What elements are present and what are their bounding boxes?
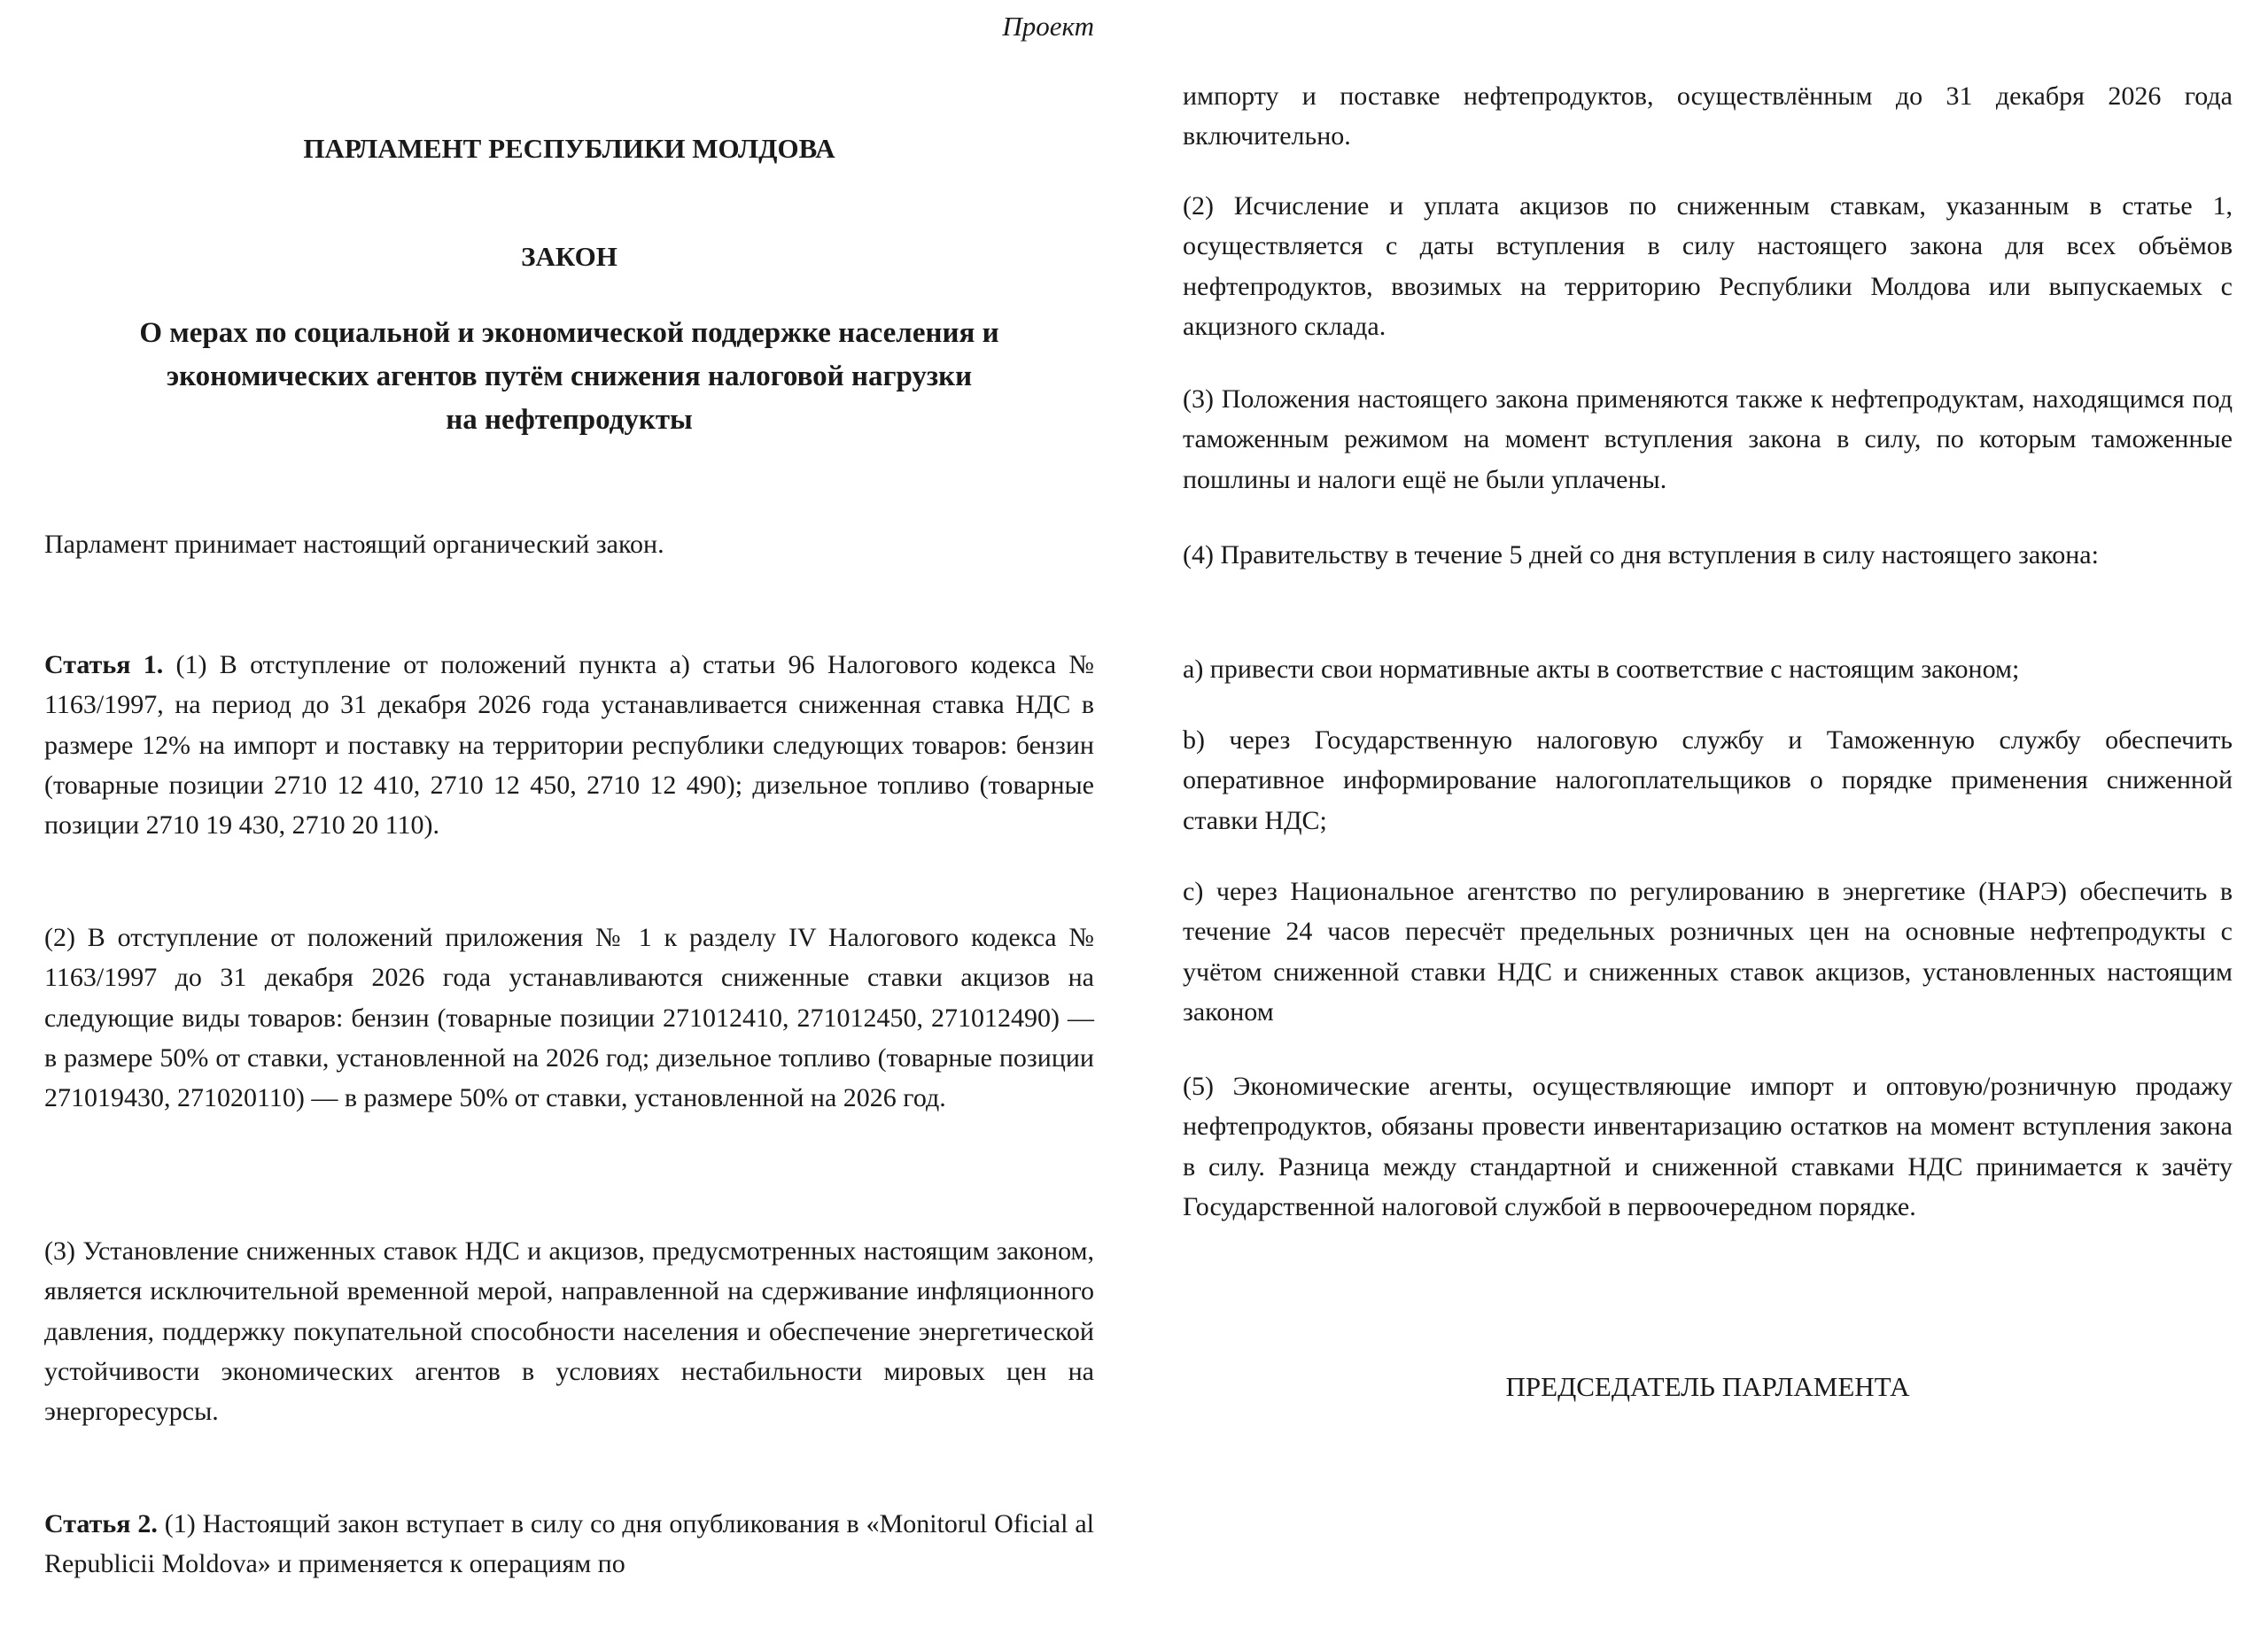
article-2-paragraph-1-continued: импорту и поставке нефтепродуктов, осуще… [1183,76,2233,157]
article-1-paragraph-3: (3) Установление сниженных ставок НДС и … [44,1231,1094,1431]
article-2-paragraph-5: (5) Экономические агенты, осуществляющие… [1183,1066,2233,1227]
law-title-line: О мерах по социальной и экономической по… [44,312,1094,355]
article-1-paragraph-1: Статья 1. (1) В отступление от положений… [44,645,1094,845]
signature-block: ПРЕДСЕДАТЕЛЬ ПАРЛАМЕНТА [1183,1371,2233,1403]
article-2-label: Статья 2. [44,1509,158,1538]
article-2-paragraph-2: (2) Исчисление и уплата акцизов по сниже… [1183,186,2233,346]
law-title: О мерах по социальной и экономической по… [44,312,1094,442]
draft-label: Проект [1002,11,1094,43]
preamble: Парламент принимает настоящий органическ… [44,524,1094,564]
law-title-line: экономических агентов путём снижения нал… [44,355,1094,399]
article-2-paragraph-4a: a) привести свои нормативные акты в соот… [1183,649,2233,689]
article-2-paragraph-1: Статья 2. (1) Настоящий закон вступает в… [44,1504,1094,1585]
article-2-paragraph-4b: b) через Государственную налоговую служб… [1183,720,2233,841]
article-2-paragraph-4c: c) через Национальное агентство по регул… [1183,872,2233,1032]
article-2-paragraph-4: (4) Правительству в течение 5 дней со дн… [1183,535,2233,575]
article-1-paragraph-2: (2) В отступление от положений приложени… [44,918,1094,1118]
article-1-label: Статья 1. [44,650,163,679]
document-type-heading: ЗАКОН [44,241,1094,273]
article-2-paragraph-3: (3) Положения настоящего закона применяю… [1183,379,2233,500]
document-page: Проект ПАРЛАМЕНТ РЕСПУБЛИКИ МОЛДОВА ЗАКО… [0,0,2268,1635]
law-title-line: на нефтепродукты [44,399,1094,442]
issuer-heading: ПАРЛАМЕНТ РЕСПУБЛИКИ МОЛДОВА [44,133,1094,165]
